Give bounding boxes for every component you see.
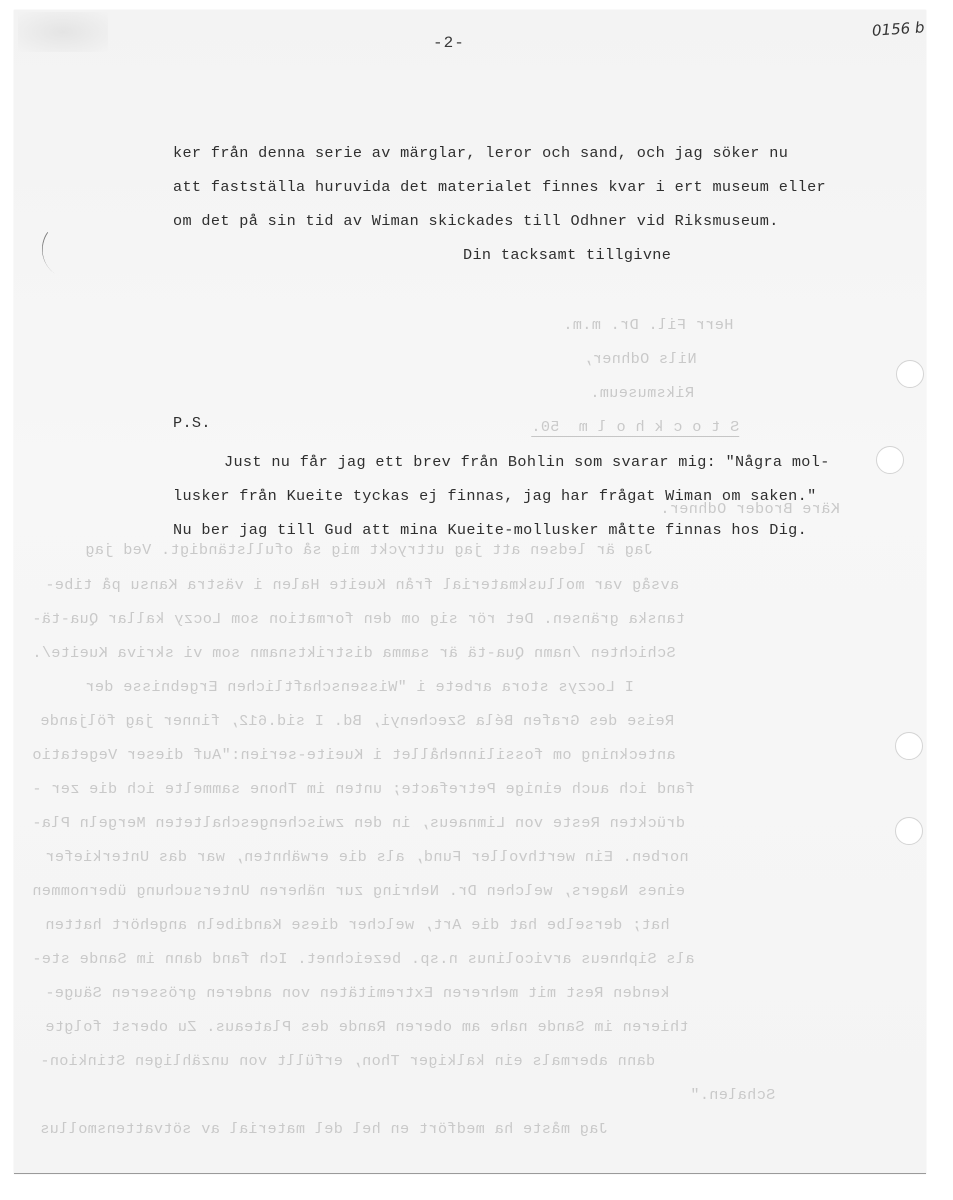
postscript-line: lusker från Kueite tyckas ej finnas, jag… (173, 487, 817, 505)
bleed-address-line: Herr Fil. Dr. m.m. (563, 316, 733, 334)
body-line: att fastställa huruvida det materialet f… (173, 178, 826, 196)
postscript-line: Nu ber jag till Gud att mina Kueite-moll… (173, 521, 807, 539)
bleed-address-line: Nils Odhner, (583, 350, 697, 368)
hole-punch (896, 360, 924, 388)
bleed-body-line: anteckning om fossilinnehållet i Kueite-… (32, 746, 676, 764)
bleed-body-line: eines Nagers, welchen Dr. Nehring zur nä… (32, 882, 685, 900)
bleed-body-line: als Siphneus arvicolinus n.sp. bezeichne… (32, 950, 694, 968)
bleed-body-line: Jag måste ha medfört en hel del material… (40, 1120, 608, 1138)
bleed-body-line: dann abermals ein kalkiger Thon, erfüllt… (40, 1052, 655, 1070)
bleed-body-line: norben. Ein werthvoller Fund, als die er… (45, 848, 689, 866)
bleed-body-line: thieren im Sande nahe am oberen Rande de… (45, 1018, 689, 1036)
bleed-body-line: I Loczys stora arbete i "Wissenschaftlic… (85, 678, 634, 696)
body-line: ker från denna serie av märglar, leror o… (173, 144, 788, 162)
hole-punch (895, 732, 923, 760)
bleed-body-line: drückten Reste von Limnaeus, in den zwis… (32, 814, 685, 832)
bleed-body-line: Reise des Grafen Béla Szechenyi, Bd. I s… (40, 712, 674, 730)
bleed-body-line: kenden Rest mit mehreren Extremitäten vo… (45, 984, 670, 1002)
bleed-body-line: fand ich auch einige Petrefacte; unten i… (32, 780, 694, 798)
postscript-line: Just nu får jag ett brev från Bohlin som… (224, 453, 830, 471)
postscript-label: P.S. (173, 414, 211, 432)
bleed-body-line: Jag är ledsen att jag uttryckt mig så of… (85, 541, 653, 559)
bleed-body-line: hat; derselbe hat die Art, welcher diese… (45, 916, 670, 934)
hole-punch (876, 446, 904, 474)
archive-reference: 0156 b (871, 18, 925, 40)
bleed-body-line: Schichten /namn Qua-tä är samma distrikt… (32, 644, 676, 662)
closing-line: Din tacksamt tillgivne (463, 246, 671, 264)
bleed-address-city: S t o c k h o l m 50. (531, 418, 739, 437)
page-number: -2- (433, 34, 465, 52)
paper-smudge (18, 12, 108, 52)
bleed-body-line: tanska gränsen. Det rör sig om den forma… (32, 610, 685, 628)
bleed-body-line: Schalen." (690, 1086, 775, 1104)
body-line: om det på sin tid av Wiman skickades til… (173, 212, 779, 230)
bleed-address-line: Riksmuseum. (590, 384, 694, 402)
bleed-body-line: avsåg var molluskmaterial från Kueite Ha… (45, 576, 679, 594)
hole-punch (895, 817, 923, 845)
